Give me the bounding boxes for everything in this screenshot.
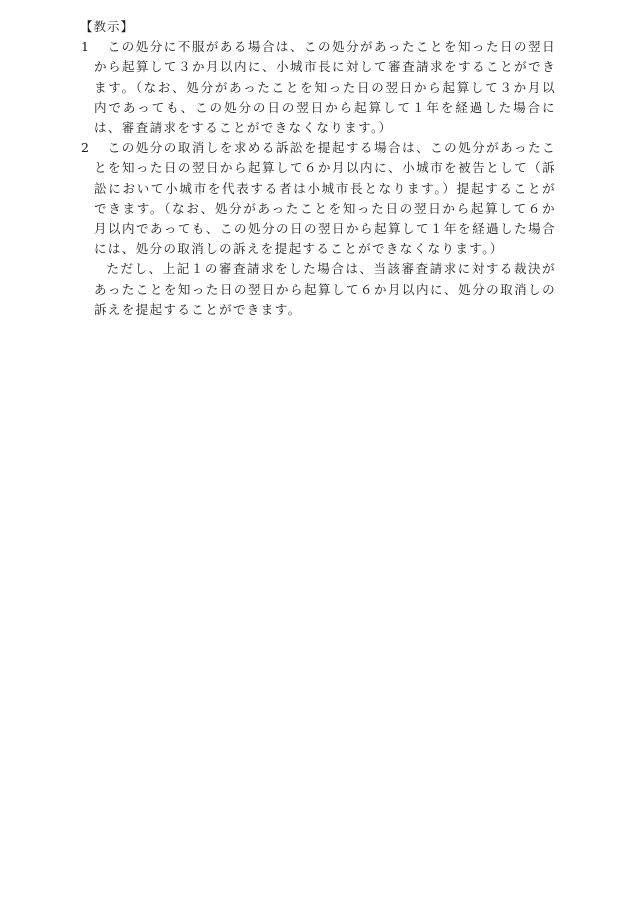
instruction-item-2: 2 この処分の取消しを求める訴訟を提起する場合は、この処分があったことを知った日… — [80, 138, 556, 320]
item-paragraph-proviso: ただし、上記１の審査請求をした場合は、当該審査請求に対する裁決があったことを知っ… — [94, 259, 556, 320]
document-page: 【教示】 1 この処分に不服がある場合は、この処分があったことを知った日の翌日か… — [80, 17, 556, 320]
item-paragraph: この処分に不服がある場合は、この処分があったことを知った日の翌日から起算して３か… — [94, 37, 556, 138]
item-paragraph: この処分の取消しを求める訴訟を提起する場合は、この処分があったことを知った日の翌… — [94, 138, 556, 259]
heading-instruction: 【教示】 — [80, 17, 556, 37]
item-number: 1 — [81, 37, 89, 57]
item-number: 2 — [81, 138, 89, 158]
instruction-item-1: 1 この処分に不服がある場合は、この処分があったことを知った日の翌日から起算して… — [80, 37, 556, 138]
